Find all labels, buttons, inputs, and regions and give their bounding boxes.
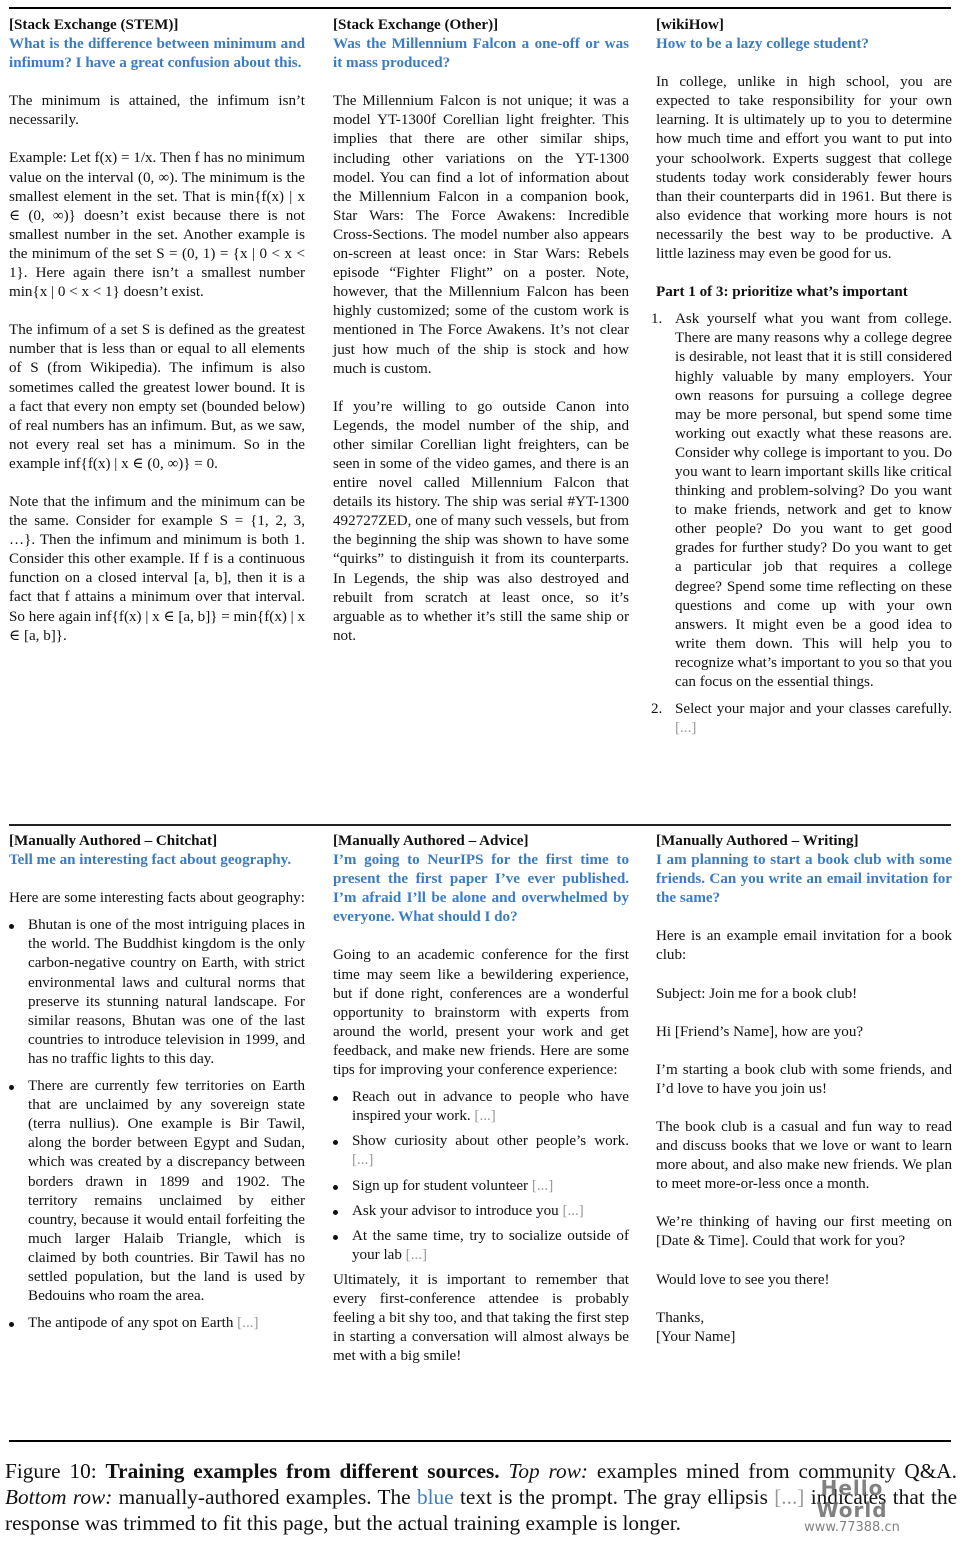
response-paragraph: Going to an academic conference for the … <box>333 946 629 1080</box>
email-greeting: Hi [Friend’s Name], how are you? <box>656 1023 952 1042</box>
trim-ellipsis: [...] <box>532 1178 553 1194</box>
list-item: Reach out in advance to people who have … <box>333 1088 629 1126</box>
list-item-text: At the same time, try to socialize outsi… <box>352 1228 629 1263</box>
caption-top-row-label: Top row: <box>509 1459 589 1483</box>
list-item-text: The antipode of any spot on Earth <box>28 1315 233 1331</box>
email-signoff: Thanks, <box>656 1309 952 1328</box>
panel-manual-chitchat: [Manually Authored – Chitchat] Tell me a… <box>9 832 305 1341</box>
list-item: Bhutan is one of the most intriguing pla… <box>9 916 305 1069</box>
response-paragraph: The minimum is attained, the infimum isn… <box>9 92 305 130</box>
source-label: [Manually Authored – Writing] <box>656 832 952 851</box>
trim-ellipsis: [...] <box>352 1152 373 1168</box>
list-item-text: Select your major and your classes caref… <box>675 701 952 717</box>
source-label: [Stack Exchange (STEM)] <box>9 16 305 35</box>
response-paragraph: Note that the infimum and the minimum ca… <box>9 493 305 646</box>
panel-manual-advice: [Manually Authored – Advice] I’m going t… <box>333 832 629 1385</box>
bullet-list: Reach out in advance to people who have … <box>333 1088 629 1265</box>
panel-wikihow: [wikiHow] How to be a lazy college stude… <box>656 16 952 746</box>
caption-text: manually-authored examples. The <box>119 1485 411 1509</box>
caption-bottom-row-label: Bottom row: <box>5 1485 112 1509</box>
list-item-text: Ask your advisor to introduce you <box>352 1203 559 1219</box>
trim-ellipsis: [...] <box>406 1247 427 1263</box>
trim-ellipsis: [...] <box>675 720 696 736</box>
response-paragraph: In college, unlike in high school, you a… <box>656 73 952 264</box>
response-paragraph: Ultimately, it is important to remember … <box>333 1271 629 1366</box>
numbered-list: 1. Ask yourself what you want from colle… <box>656 310 952 738</box>
response-paragraph: I’m starting a book club with some frien… <box>656 1061 952 1099</box>
list-item-text: There are currently few territories on E… <box>28 1078 305 1304</box>
list-item: Ask your advisor to introduce you [...] <box>333 1202 629 1221</box>
list-item: The antipode of any spot on Earth [...] <box>9 1314 305 1333</box>
email-subject: Subject: Join me for a book club! <box>656 985 952 1004</box>
source-label: [Manually Authored – Advice] <box>333 832 629 851</box>
middle-rule <box>9 824 951 826</box>
response-paragraph: Would love to see you there! <box>656 1271 952 1290</box>
response-paragraph: Here are some interesting facts about ge… <box>9 889 305 908</box>
list-item: 2. Select your major and your classes ca… <box>656 700 952 738</box>
list-item: There are currently few territories on E… <box>9 1077 305 1306</box>
panel-stack-exchange-stem: [Stack Exchange (STEM)] What is the diff… <box>9 16 305 665</box>
trim-ellipsis: [...] <box>237 1315 258 1331</box>
bullet-list: Bhutan is one of the most intriguing pla… <box>9 916 305 1333</box>
list-number: 1. <box>651 310 662 329</box>
trim-ellipsis: [...] <box>474 1108 495 1124</box>
list-item: Sign up for student volunteer [...] <box>333 1177 629 1196</box>
caption-text: examples mined from community Q&A. <box>597 1459 957 1483</box>
prompt-text: How to be a lazy college student? <box>656 35 952 54</box>
section-heading: Part 1 of 3: prioritize what’s important <box>656 283 952 302</box>
figure-label: Figure 10: <box>5 1459 97 1483</box>
list-item: Show curiosity about other people’s work… <box>333 1132 629 1170</box>
caption-blue-word: blue <box>417 1485 454 1509</box>
source-label: [wikiHow] <box>656 16 952 35</box>
source-label: [Manually Authored – Chitchat] <box>9 832 305 851</box>
list-item-text: Bhutan is one of the most intriguing pla… <box>28 917 305 1067</box>
prompt-text: I am planning to start a book club with … <box>656 851 952 908</box>
response-paragraph: The infimum of a set S is defined as the… <box>9 321 305 474</box>
response-paragraph: We’re thinking of having our first meeti… <box>656 1213 952 1251</box>
panel-stack-exchange-other: [Stack Exchange (Other)] Was the Millenn… <box>333 16 629 665</box>
response-paragraph: Example: Let f(x) = 1/x. Then f has no m… <box>9 149 305 302</box>
trim-ellipsis: [...] <box>562 1203 583 1219</box>
response-paragraph: The book club is a casual and fun way to… <box>656 1118 952 1194</box>
response-paragraph: If you’re willing to go outside Canon in… <box>333 398 629 646</box>
response-paragraph: The Millennium Falcon is not unique; it … <box>333 92 629 378</box>
top-rule <box>9 7 951 9</box>
list-item: At the same time, try to socialize outsi… <box>333 1227 629 1265</box>
caption-text: text is the prompt. The gray ellipsis <box>460 1485 768 1509</box>
list-number: 2. <box>651 700 662 719</box>
caption-ellipsis: [...] <box>774 1485 804 1509</box>
prompt-text: Tell me an interesting fact about geogra… <box>9 851 305 870</box>
bottom-rule <box>9 1440 951 1442</box>
email-signature: [Your Name] <box>656 1328 952 1347</box>
panel-manual-writing: [Manually Authored – Writing] I am plann… <box>656 832 952 1347</box>
prompt-text: I’m going to NeurIPS for the first time … <box>333 851 629 927</box>
caption-title: Training examples from different sources… <box>106 1459 500 1483</box>
list-item: 1. Ask yourself what you want from colle… <box>656 310 952 692</box>
figure-caption: Figure 10: Training examples from differ… <box>5 1458 957 1536</box>
prompt-text: What is the difference between minimum a… <box>9 35 305 73</box>
list-item-text: Ask yourself what you want from college.… <box>675 311 952 690</box>
source-label: [Stack Exchange (Other)] <box>333 16 629 35</box>
prompt-text: Was the Millennium Falcon a one-off or w… <box>333 35 629 73</box>
response-paragraph: Here is an example email invitation for … <box>656 927 952 965</box>
list-item-text: Show curiosity about other people’s work… <box>352 1133 629 1149</box>
list-item-text: Sign up for student volunteer <box>352 1178 528 1194</box>
